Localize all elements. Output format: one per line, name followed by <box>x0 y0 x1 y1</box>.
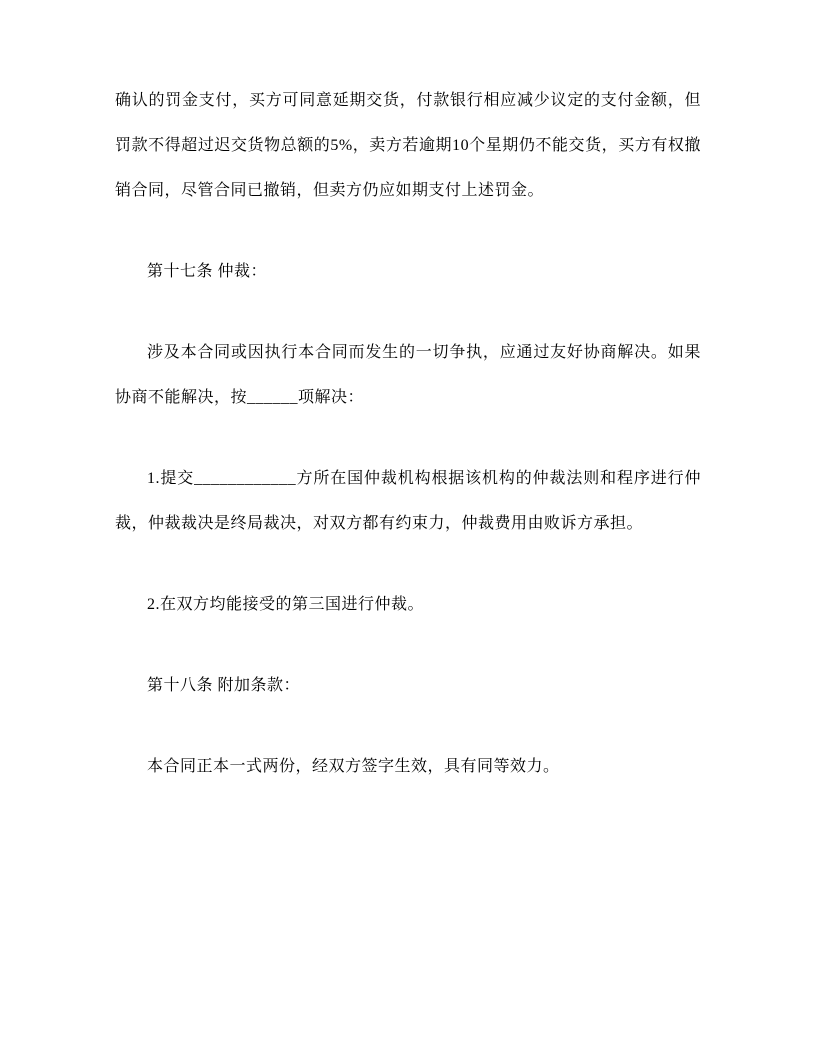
paragraph-contract-effectiveness: 本合同正本一式两份，经双方签字生效，具有同等效力。 <box>115 744 701 789</box>
heading-article-17-arbitration: 第十七条 仲裁： <box>115 249 701 294</box>
list-item-2-third-country-arbitration: 2.在双方均能接受的第三国进行仲裁。 <box>115 582 701 627</box>
list-item-1-arbitration-submission: 1.提交____________方所在国仲裁机构根据该机构的仲裁法则和程序进行仲… <box>115 456 701 546</box>
paragraph-dispute-resolution-intro: 涉及本合同或因执行本合同而发生的一切争执，应通过友好协商解决。如果协商不能解决，… <box>115 330 701 420</box>
document-page: 确认的罚金支付，买方可同意延期交货，付款银行相应减少议定的支付金额，但罚款不得超… <box>0 0 816 1056</box>
paragraph-penalty-payment: 确认的罚金支付，买方可同意延期交货，付款银行相应减少议定的支付金额，但罚款不得超… <box>115 78 701 213</box>
heading-article-18-additional-clauses: 第十八条 附加条款： <box>115 663 701 708</box>
